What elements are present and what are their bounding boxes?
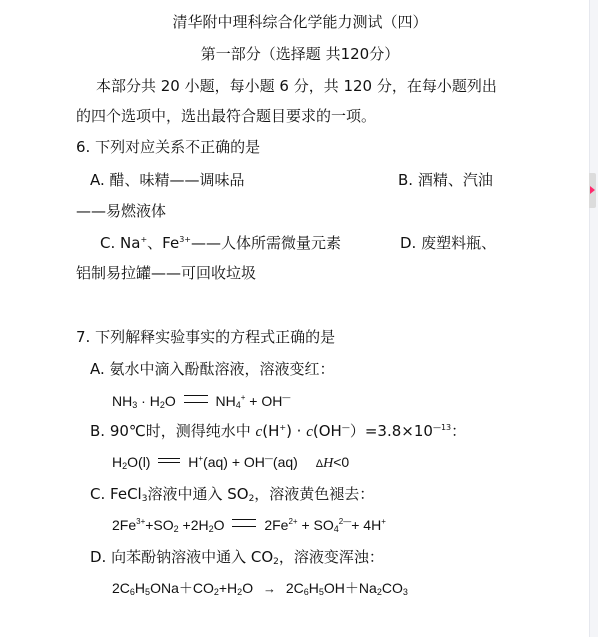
section-title: 第一部分（选择题 共120分） <box>0 44 598 64</box>
option-label: B. <box>90 422 105 440</box>
option-label: C. <box>90 485 105 503</box>
q7-option-d-equation: 2C6H5ONa＋CO2+H2O → 2C6H5OH＋Na2CO3 <box>112 578 408 599</box>
option-label: A. <box>90 360 105 378</box>
option-text: 废塑料瓶、 <box>421 234 496 252</box>
equals-sign <box>232 519 256 527</box>
q7-option-b-equation: H2O(l) H+(aq) + OH—(aq) ΔH<0 <box>112 452 349 474</box>
q6-option-a: A. 醋、味精——调味品 <box>90 170 245 190</box>
q7-option-d: D. 向苯酚钠溶液中通入 CO2，溶液变浑浊： <box>90 547 384 567</box>
side-panel-strip <box>589 0 598 637</box>
q6-option-d: D. 废塑料瓶、 <box>400 233 496 253</box>
question-6-stem: 6. 下列对应关系不正确的是 <box>76 137 260 157</box>
q7-option-c-equation: 2Fe3++SO2 +2H2O 2Fe2+ + SO42—+ 4H+ <box>112 515 386 535</box>
question-text: 下列对应关系不正确的是 <box>95 138 260 156</box>
document-page: 清华附中理科综合化学能力测试（四） 第一部分（选择题 共120分） 本部分共 2… <box>0 0 589 637</box>
option-text: 氨水中滴入酚酞溶液，溶液变红： <box>110 360 335 378</box>
q7-option-c: C. FeCl3溶液中通入 SO2，溶液黄色褪去： <box>90 484 374 504</box>
option-text: 醋、味精——调味品 <box>110 171 245 189</box>
q7-option-a-equation: NH3 · H2O NH4+ + OH— <box>112 391 290 411</box>
question-text: 下列解释实验事实的方程式正确的是 <box>95 328 335 346</box>
option-label: D. <box>90 548 106 566</box>
option-label: C. <box>100 234 115 252</box>
option-label: A. <box>90 171 105 189</box>
instructions-line-2: 的四个选项中，选出最符合题目要求的一项。 <box>76 106 376 126</box>
equals-sign <box>184 395 208 403</box>
q6-option-d-continued: 铝制易拉罐——可回收垃圾 <box>76 263 256 283</box>
option-label: B. <box>398 171 413 189</box>
option-label: D. <box>400 234 416 252</box>
q7-option-a: A. 氨水中滴入酚酞溶液，溶液变红： <box>90 359 335 379</box>
q6-option-b: B. 酒精、汽油 <box>398 170 493 190</box>
option-text: 酒精、汽油 <box>418 171 493 189</box>
reaction-arrow: → <box>263 579 276 599</box>
question-7-stem: 7. 下列解释实验事实的方程式正确的是 <box>76 327 335 347</box>
document-title: 清华附中理科综合化学能力测试（四） <box>0 12 598 32</box>
question-number: 6. <box>76 138 90 156</box>
enthalpy-condition: ΔH<0 <box>316 454 349 470</box>
option-text: ——人体所需微量元素 <box>191 234 341 252</box>
q7-option-b: B. 90℃时，测得纯水中 c(H+) · c(OH—）=3.8×10—13： <box>90 421 466 442</box>
reversible-arrow <box>158 457 180 465</box>
expand-arrow-icon[interactable] <box>590 186 595 194</box>
q6-option-c: C. Na+、Fe3+——人体所需微量元素 <box>100 233 341 253</box>
q6-option-b-continued: ——易燃液体 <box>76 201 166 221</box>
question-number: 7. <box>76 328 90 346</box>
instructions-line-1: 本部分共 20 小题，每小题 6 分，共 120 分，在每小题列出 <box>96 76 497 96</box>
